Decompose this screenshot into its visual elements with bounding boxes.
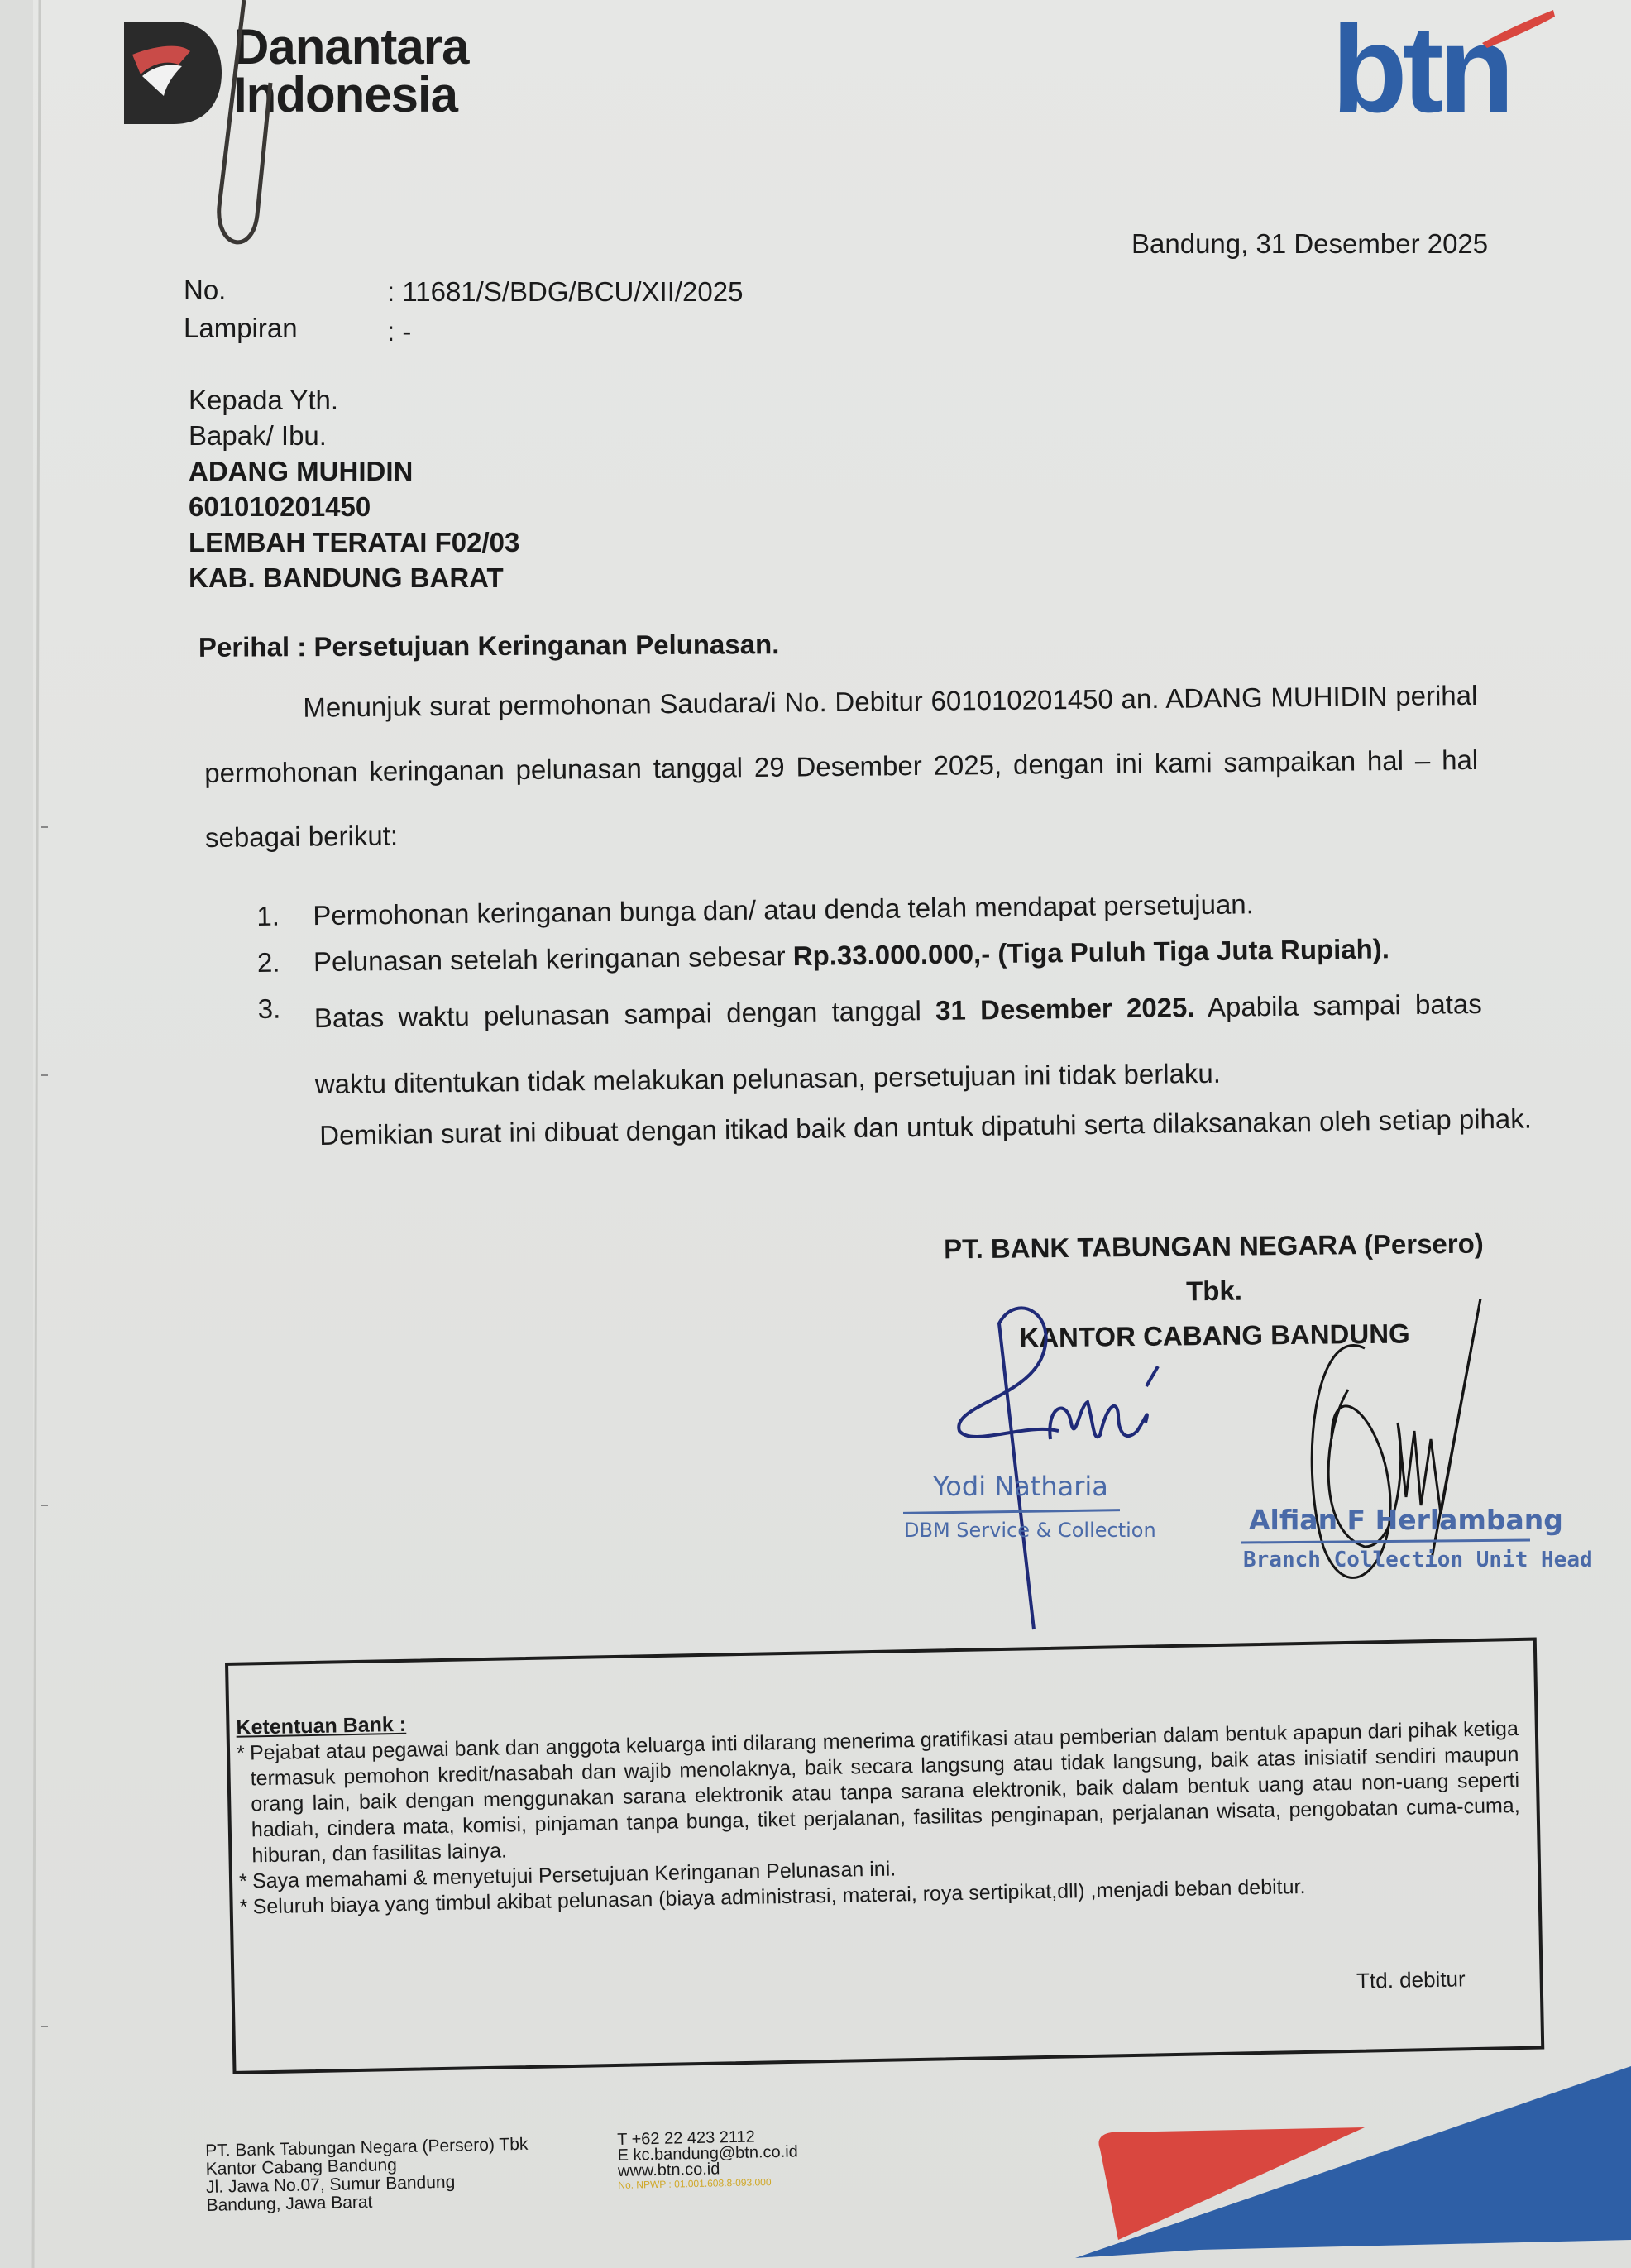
btn-decorative-stripe-icon	[1075, 2051, 1631, 2268]
signer-1-name: Yodi Natharia	[933, 1471, 1108, 1502]
recipient-name: ADANG MUHIDIN	[189, 453, 519, 489]
paperclip-icon	[203, 0, 273, 281]
signer-2-title: Branch Collection Unit Head	[1243, 1548, 1593, 1572]
footer-contact: T +62 22 423 2112 E kc.bandung@btn.co.id…	[617, 2128, 799, 2191]
points-list: 1. Permohonan keringanan bunga dan/ atau…	[256, 878, 1483, 1118]
btn-logo: btn	[1332, 7, 1563, 131]
signer-2-name: Alfian F Herlambang	[1249, 1504, 1563, 1536]
settlement-amount: Rp.33.000.000,- (Tiga Puluh Tiga Juta Ru…	[792, 933, 1389, 971]
letter-number-value: : 11681/S/BDG/BCU/XII/2025	[387, 276, 743, 308]
debtor-signature-label: Ttd. debitur	[1356, 1966, 1466, 1994]
attachment-value: : -	[387, 316, 411, 347]
deadline-date: 31 Desember 2025.	[935, 992, 1195, 1026]
letter-subject: Perihal : Persetujuan Keringanan Pelunas…	[198, 629, 780, 663]
recipient-block: Kepada Yth. Bapak/ Ibu. ADANG MUHIDIN 60…	[189, 382, 519, 596]
letter-date: Bandung, 31 Desember 2025	[1131, 228, 1488, 260]
recipient-salutation: Kepada Yth.	[189, 382, 519, 418]
attachment-label: Lampiran	[184, 313, 298, 344]
btn-accent-swoosh-icon	[1479, 7, 1558, 48]
asterisk-bullet-icon: *	[239, 1868, 253, 1894]
asterisk-bullet-icon: *	[239, 1894, 253, 1920]
list-item: 3. Batas waktu pelunasan sampai dengan t…	[257, 971, 1483, 1118]
recipient-address-1: LEMBAH TERATAI F02/03	[189, 524, 519, 560]
recipient-address-2: KAB. BANDUNG BARAT	[189, 560, 519, 596]
bank-terms-box: Ketentuan Bank : * Pejabat atau pegawai …	[225, 1638, 1544, 2074]
terms-bullet: * Pejabat atau pegawai bank dan anggota …	[237, 1716, 1521, 1869]
recipient-honorific: Bapak/ Ibu.	[189, 418, 519, 453]
letter-number-label: No.	[184, 275, 226, 306]
paper-edge-marks	[0, 0, 50, 2268]
recipient-account: 601010201450	[189, 489, 519, 524]
footer-address: PT. Bank Tabungan Negara (Persero) Tbk K…	[205, 2136, 529, 2215]
signer-1-title: DBM Service & Collection	[904, 1519, 1156, 1542]
opening-paragraph: Menunjuk surat permohonan Saudara/i No. …	[203, 663, 1479, 870]
